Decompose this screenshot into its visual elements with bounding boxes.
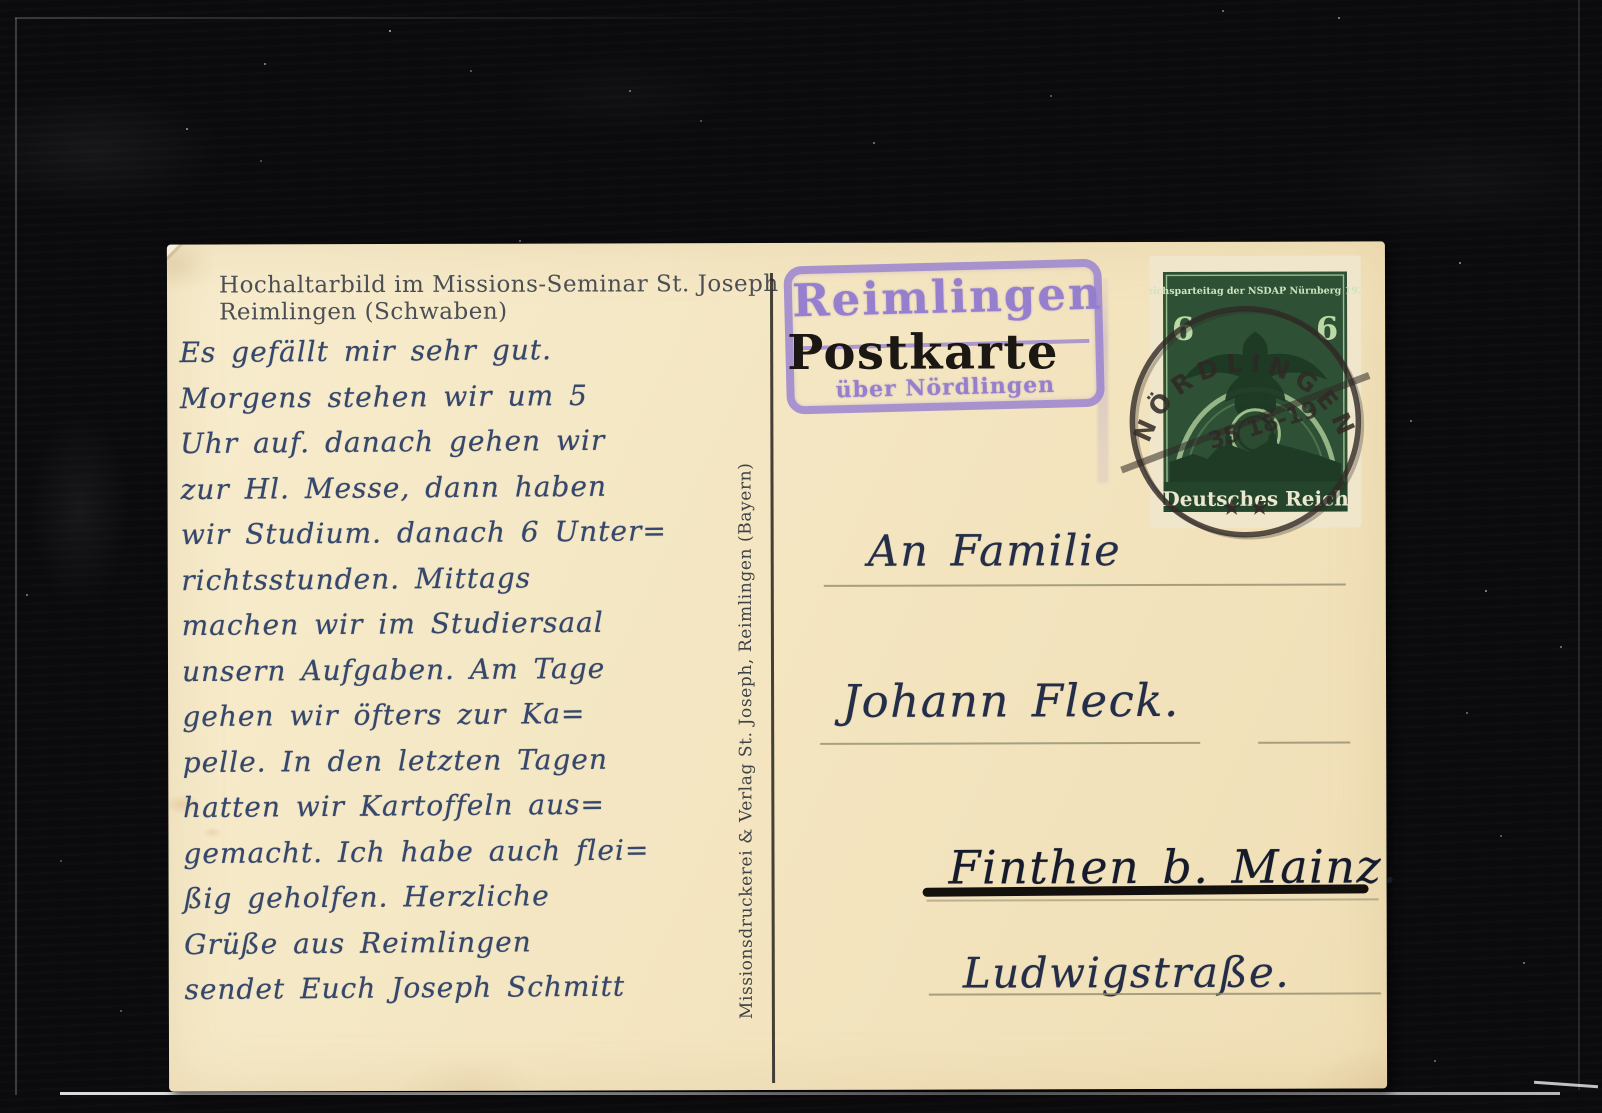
message-line: ßig geholfen. Herzliche	[184, 871, 784, 921]
address-recipient-intro: An Familie	[868, 526, 1122, 577]
scan-stage: Hochaltarbild im Missions-Seminar St. Jo…	[0, 0, 1602, 1113]
album-edge-bottom	[60, 1092, 1560, 1095]
postmark-stars: ★ ★	[1221, 495, 1270, 521]
handwritten-message: Es gefällt mir sehr gut. Morgens stehen …	[179, 325, 784, 1012]
message-line: hatten wir Kartoffeln aus=	[183, 780, 783, 830]
album-edge-right	[1578, 0, 1580, 1090]
address-street: Ludwigstraße.	[963, 948, 1291, 998]
message-line: sendet Euch Joseph Schmitt	[184, 962, 784, 1012]
caption-line2: Reimlingen (Schwaben)	[219, 298, 779, 326]
printed-caption: Hochaltarbild im Missions-Seminar St. Jo…	[219, 271, 779, 326]
address-rule-2a	[820, 742, 1200, 745]
message-line: zur Hl. Messe, dann haben	[180, 462, 780, 512]
postmark: NÖRDLINGEN 35 18-19 ★ ★	[1095, 271, 1396, 572]
address-rule-1	[824, 584, 1346, 587]
postkarte-label: Postkarte	[787, 324, 1059, 381]
corner-crease	[167, 244, 211, 296]
address-rule-2b	[1258, 741, 1350, 743]
caption-line1: Hochaltarbild im Missions-Seminar St. Jo…	[219, 271, 779, 299]
message-line: Morgens stehen wir um 5	[180, 371, 780, 421]
album-edge-left	[15, 18, 17, 1095]
publisher-imprint-vertical: Missionsdruckerei & Verlag St. Joseph, R…	[735, 377, 761, 1019]
message-line: richtsstunden. Mittags	[181, 553, 781, 603]
cachet-town: Reimlingen	[792, 267, 1095, 328]
album-edge-top	[15, 17, 825, 19]
message-line: Grüße aus Reimlingen	[184, 917, 784, 967]
dust-speckles	[0, 0, 2, 2]
message-line: gemacht. Ich habe auch flei=	[183, 826, 783, 876]
message-line: pelle. In den letzten Tagen	[183, 735, 783, 785]
message-line: wir Studium. danach 6 Unter=	[181, 507, 781, 557]
postcard: Hochaltarbild im Missions-Seminar St. Jo…	[167, 241, 1387, 1091]
address-rule-3	[927, 898, 1379, 901]
message-line: machen wir im Studiersaal	[181, 598, 781, 648]
address-recipient-name: Johann Fleck.	[842, 674, 1180, 728]
message-line: unsern Aufgaben. Am Tage	[182, 644, 782, 694]
postmark-date-time: 35 18-19	[1205, 396, 1321, 454]
message-line: Uhr auf. danach gehen wir	[180, 416, 780, 466]
message-line: Es gefällt mir sehr gut.	[179, 325, 779, 375]
message-line: gehen wir öfters zur Ka=	[182, 689, 782, 739]
